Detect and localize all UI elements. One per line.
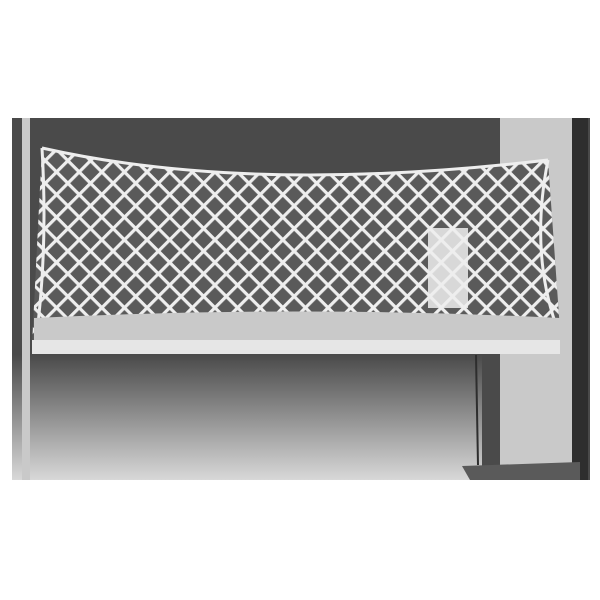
net-hammock-photo [0, 0, 600, 600]
lower-wall [12, 355, 482, 480]
right-post-edge [572, 118, 588, 480]
left-post [22, 118, 30, 480]
shelf-edge [32, 340, 560, 354]
